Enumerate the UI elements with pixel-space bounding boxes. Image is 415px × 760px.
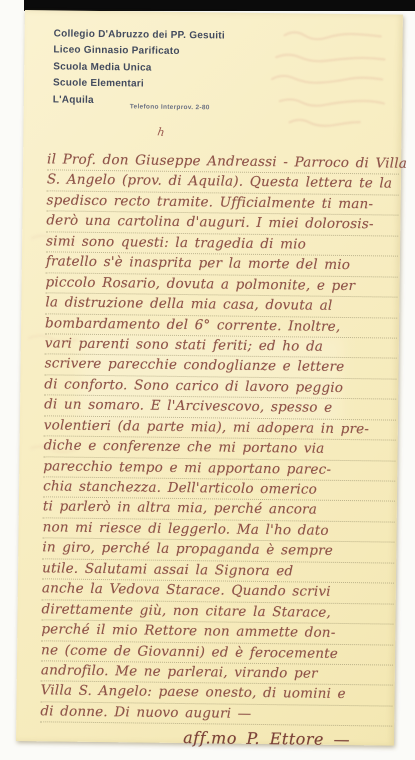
letterhead-phone: Telefono Interprov. 2-80 [130, 103, 210, 111]
bleed-through-marks [269, 21, 400, 143]
signature: aff.mo P. Ettore — [40, 727, 392, 750]
letterhead-line-elementari: Scuole Elementari [53, 76, 224, 94]
letterhead: Collegio D'Abruzzo dei PP. Gesuiti Liceo… [53, 26, 225, 110]
letter-body: il Prof. don Giuseppe Andreassi - Parroc… [40, 150, 399, 750]
letterhead-line-liceo: Liceo Ginnasio Parificato [53, 43, 224, 61]
letterhead-line-institution: Collegio D'Abruzzo dei PP. Gesuiti [54, 26, 225, 44]
letter-paper: Collegio D'Abruzzo dei PP. Gesuiti Liceo… [16, 10, 403, 746]
handwriting-line: di donne. Di nuovo auguri — [40, 702, 392, 727]
ink-top-mark: h [157, 125, 166, 139]
scanner-edge-strip [24, 0, 415, 11]
